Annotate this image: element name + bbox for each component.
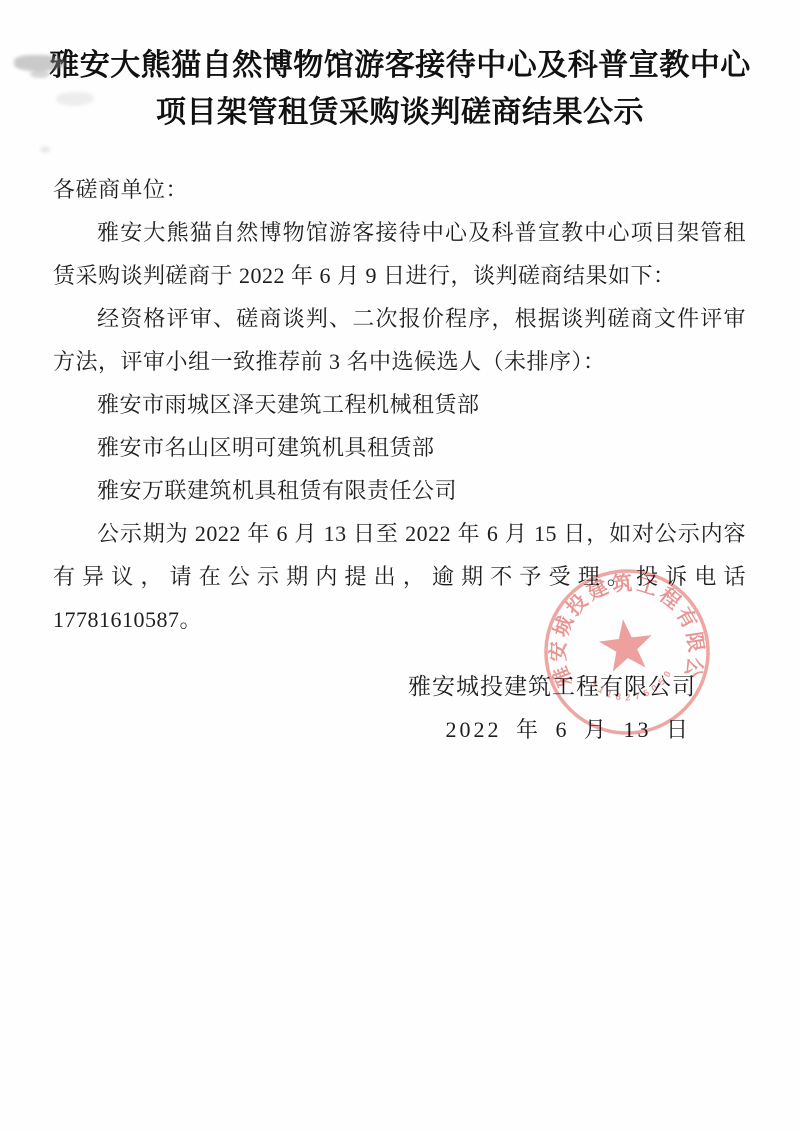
candidate-1: 雅安市雨城区泽天建筑工程机械租赁部 [53,383,746,426]
title-line-2: 项目架管租赁采购谈判磋商结果公示 [0,89,800,136]
document-body: 各磋商单位： 雅安大熊猫自然博物馆游客接待中心及科普宣教中心项目架管租赁采购谈判… [53,168,746,751]
signature-date: 2022 年 6 月 13 日 [53,708,746,751]
paragraph-evaluation: 经资格评审、磋商谈判、二次报价程序，根据谈判磋商文件评审方法，评审小组一致推荐前… [53,297,746,383]
title-line-1: 雅安大熊猫自然博物馆游客接待中心及科普宣教中心 [0,42,800,89]
scan-smudge [40,146,50,153]
document-page: 雅安大熊猫自然博物馆游客接待中心及科普宣教中心 项目架管租赁采购谈判磋商结果公示… [0,0,800,1131]
scan-smudge [30,70,50,78]
paragraph-meeting-info: 雅安大熊猫自然博物馆游客接待中心及科普宣教中心项目架管租赁采购谈判磋商于 202… [53,211,746,297]
scan-smudge [14,55,66,71]
signature-block: 雅安城投建筑工程有限公司 2022 年 6 月 13 日 [53,665,746,751]
signature-company: 雅安城投建筑工程有限公司 [53,665,746,708]
candidate-2: 雅安市名山区明可建筑机具租赁部 [53,426,746,469]
salutation: 各磋商单位： [53,168,746,211]
document-title: 雅安大熊猫自然博物馆游客接待中心及科普宣教中心 项目架管租赁采购谈判磋商结果公示 [0,0,800,136]
paragraph-closing: 公示期为 2022 年 6 月 13 日至 2022 年 6 月 15 日，如对… [53,512,746,641]
candidate-3: 雅安万联建筑机具租赁有限责任公司 [53,469,746,512]
